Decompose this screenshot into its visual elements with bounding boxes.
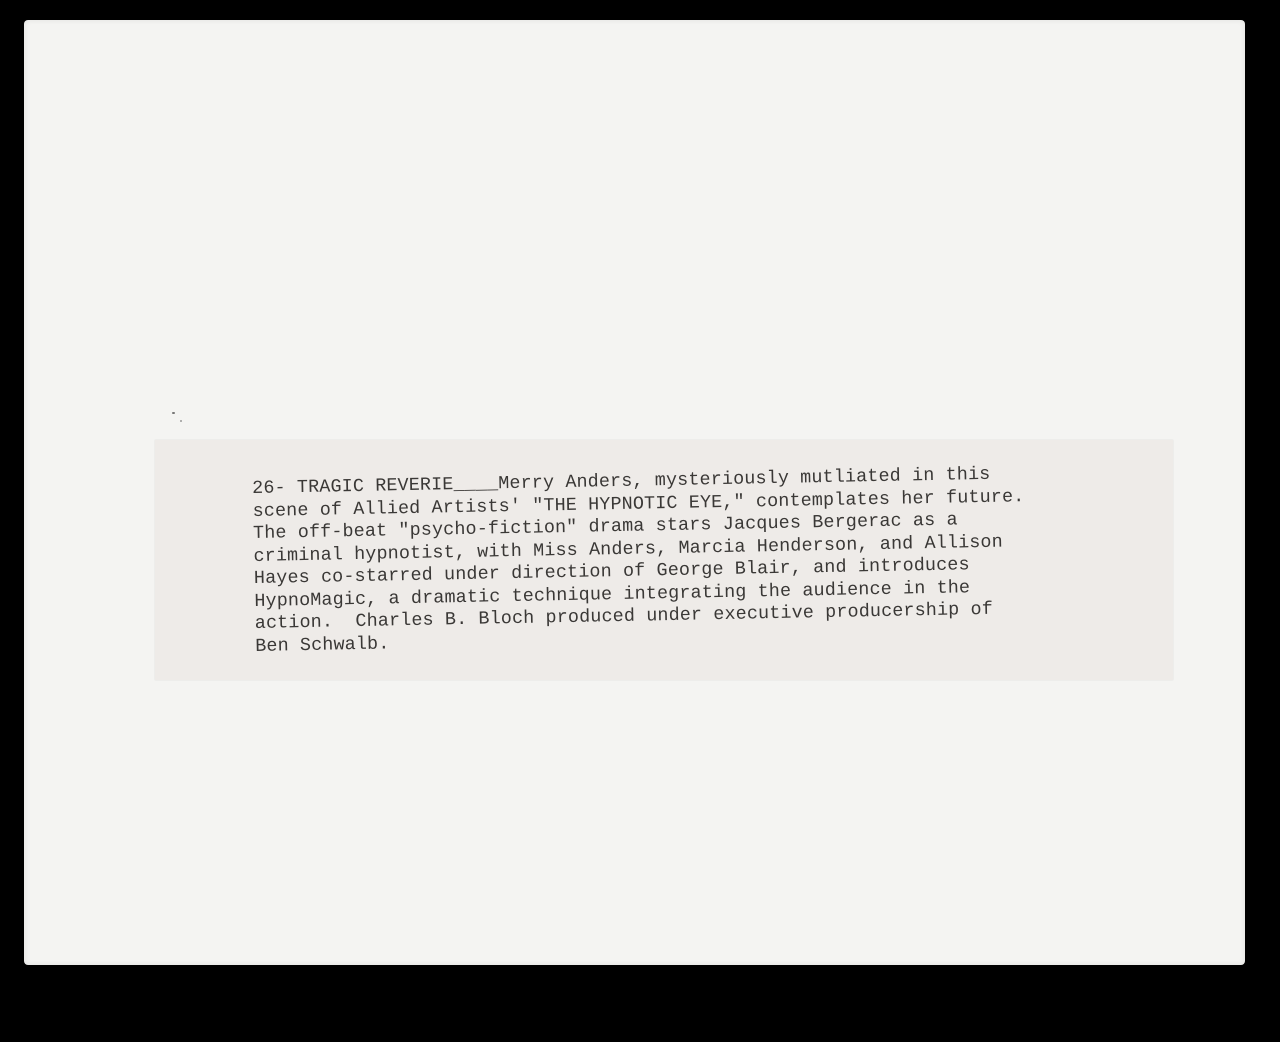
caption-text: 26- TRAGIC REVERIE____Merry Anders, myst… xyxy=(252,461,1155,658)
caption-snipe: 26- TRAGIC REVERIE____Merry Anders, myst… xyxy=(155,440,1173,680)
dust-speck xyxy=(172,412,175,414)
dust-speck xyxy=(180,420,182,422)
photo-back-paper: 26- TRAGIC REVERIE____Merry Anders, myst… xyxy=(24,20,1245,965)
